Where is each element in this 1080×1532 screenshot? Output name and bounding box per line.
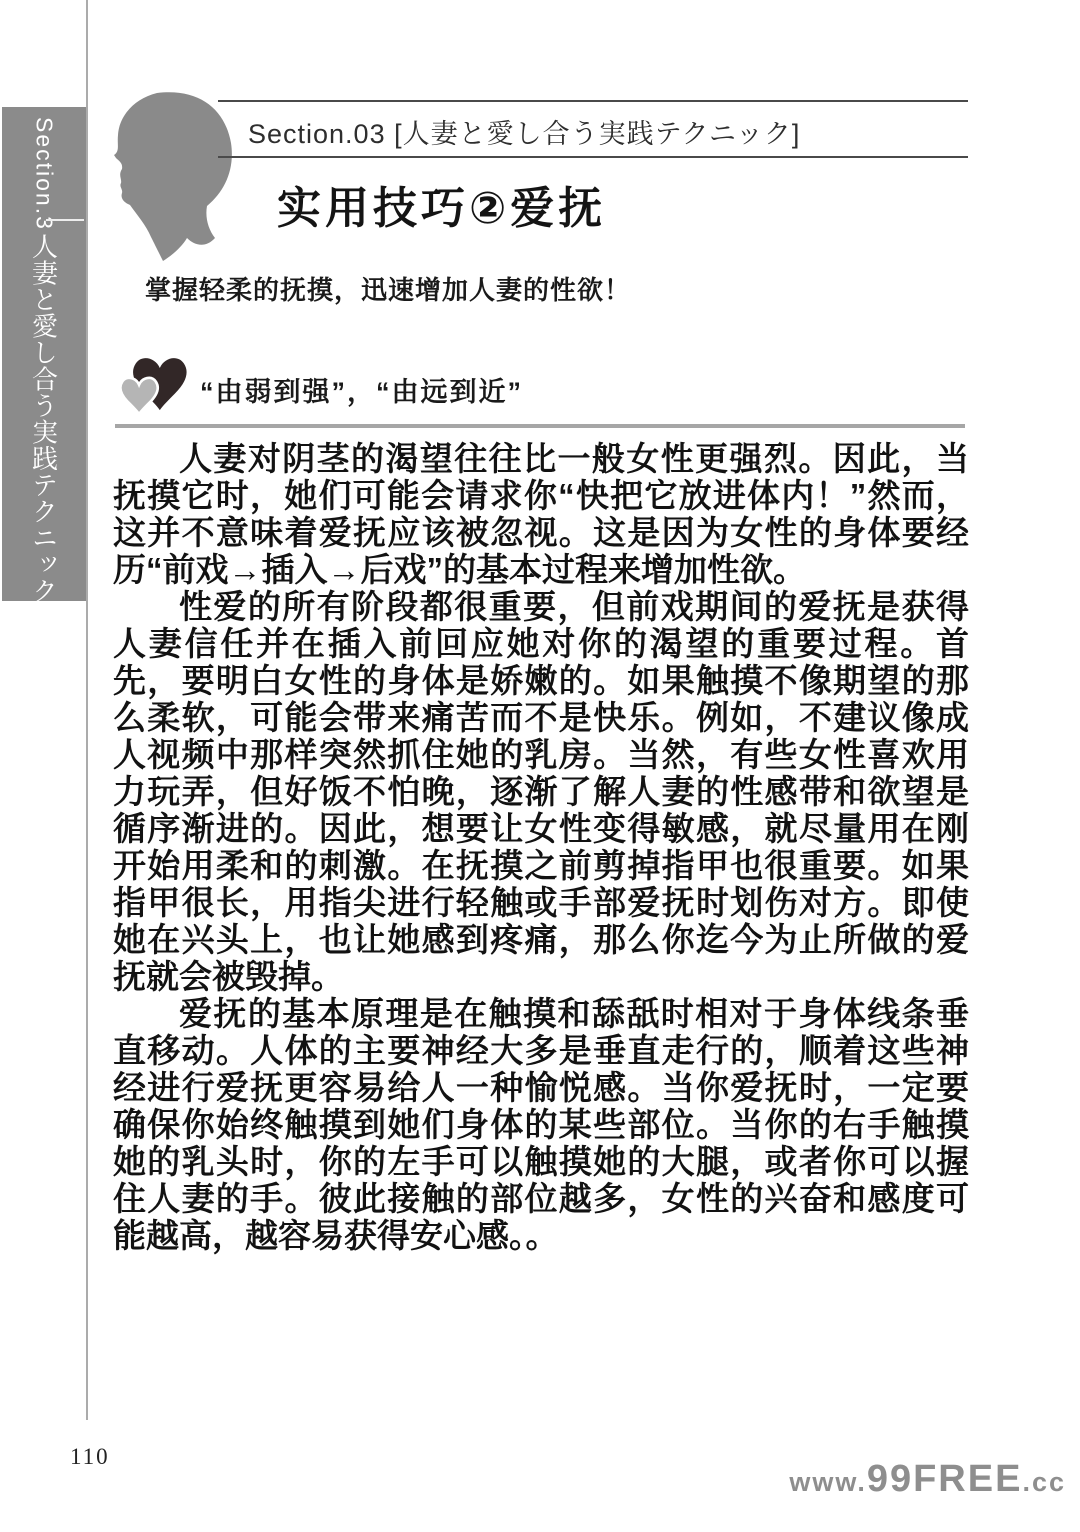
- header-rule-bottom: [218, 156, 968, 158]
- watermark: www.99FREE.cc: [789, 1458, 1066, 1501]
- page-title: 实用技巧②爱抚: [277, 172, 606, 236]
- double-heart-icon: [116, 356, 192, 422]
- watermark-prefix: www.: [789, 1467, 867, 1497]
- article-body: 人妻对阴茎的渴望往往比一般女性更强烈。因此，当抚摸它时，她们可能会请求你“快把它…: [113, 440, 969, 1254]
- section-heading: “由弱到强”，“由远到近”: [200, 370, 523, 409]
- sidebar-divider: [46, 219, 84, 221]
- woman-profile-icon: [113, 90, 245, 262]
- header-rule-top: [218, 100, 968, 102]
- sidebar-band: Section.3 人妻と愛し合う実践テクニック: [2, 107, 86, 601]
- section-heading-underline: [115, 424, 965, 428]
- sidebar-section-label: Section.3: [31, 117, 58, 231]
- paragraph: 人妻对阴茎的渴望往往比一般女性更强烈。因此，当抚摸它时，她们可能会请求你“快把它…: [113, 440, 969, 588]
- watermark-brand: 99FREE: [867, 1458, 1023, 1500]
- paragraph: 性爱的所有阶段都很重要，但前戏期间的爱抚是获得人妻信任并在插入前回应她对你的渴望…: [113, 588, 969, 995]
- page-subtitle: 掌握轻柔的抚摸，迅速增加人妻的性欲！: [145, 270, 631, 307]
- left-margin-rule: [86, 0, 88, 1420]
- paragraph: 爱抚的基本原理是在触摸和舔舐时相对于身体线条垂直移动。人体的主要神经大多是垂直走…: [113, 995, 969, 1254]
- sidebar-chapter-title: 人妻と愛し合う実践テクニック: [26, 233, 63, 604]
- header-kicker: Section.03 [人妻と愛し合う実践テクニック]: [248, 112, 800, 151]
- watermark-suffix: .cc: [1022, 1467, 1066, 1497]
- page-number: 110: [70, 1444, 110, 1470]
